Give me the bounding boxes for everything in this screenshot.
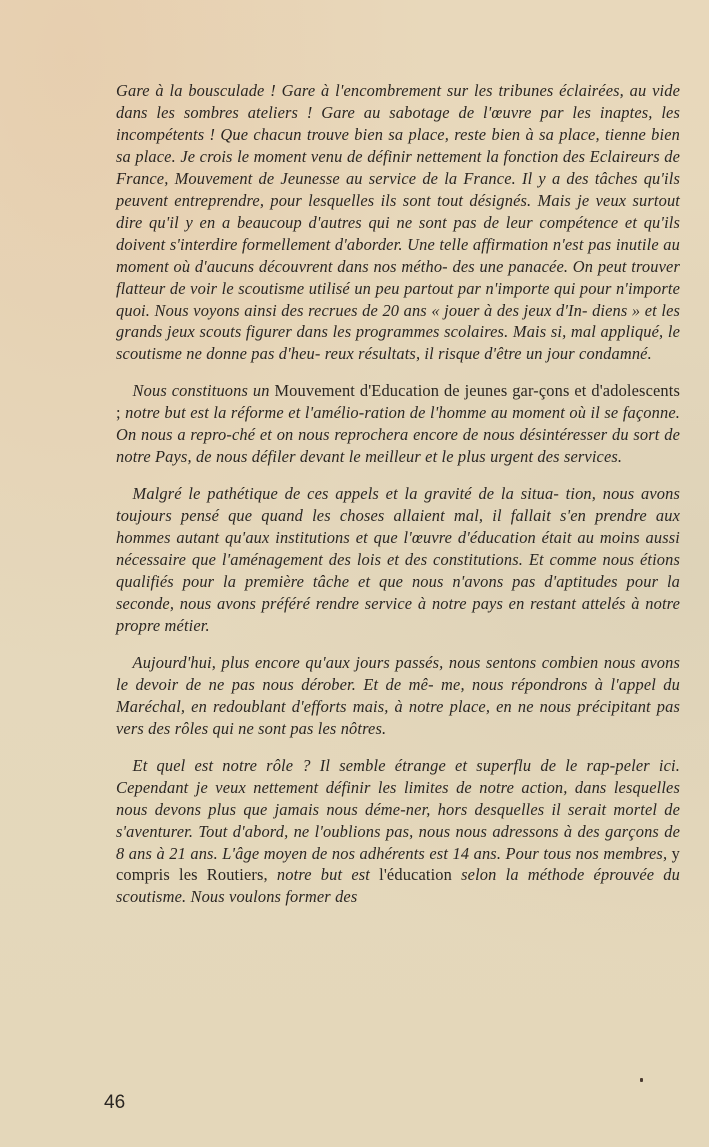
text-line: s'interdire formellement d'aborder. Une … — [170, 235, 584, 254]
text-segment-italic: Nous constituons un — [133, 381, 275, 400]
paragraph-3: Malgré le pathétique de ces appels et la… — [116, 483, 680, 637]
page-number: 46 — [104, 1092, 125, 1114]
text-line: rôles qui ne sont pas les nôtres. — [175, 719, 387, 738]
paragraph-1: Gare à la bousculade ! Gare à l'encombre… — [116, 80, 680, 365]
text-line: reux résultats, il risque d'être un jour… — [325, 344, 652, 363]
text-line: Aujourd'hui, plus encore qu'aux jours pa… — [133, 653, 537, 672]
paragraph-5: Et quel est notre rôle ? Il semble étran… — [116, 755, 680, 909]
paragraph-4: Aujourd'hui, plus encore qu'aux jours pa… — [116, 652, 680, 740]
text-segment-italic: notre but est — [277, 865, 379, 884]
body-text: Gare à la bousculade ! Gare à l'encombre… — [116, 80, 680, 908]
text-line: Nous voyons ainsi des recrues de 20 ans … — [155, 301, 588, 320]
text-segment-italic: Et quel est notre rôle ? Il semble étran… — [116, 756, 680, 863]
book-page: Gare à la bousculade ! Gare à l'encombre… — [0, 0, 709, 1147]
paragraph-2: Nous constituons un Mouvement d'Educatio… — [116, 380, 680, 468]
text-line: le moment venu de définir nettement la f… — [237, 147, 660, 166]
text-line: Gare à la bousculade ! Gare à l'encombre… — [116, 81, 553, 100]
text-segment-italic: notre but est la réforme et l'amélio-rat… — [116, 403, 680, 466]
ink-speck — [640, 1078, 643, 1082]
text-line: l'aménagement des lois et des constituti… — [222, 550, 634, 569]
text-segment-roman: l'éducation — [379, 865, 461, 884]
text-line: Malgré le pathétique de ces appels et la… — [133, 484, 559, 503]
